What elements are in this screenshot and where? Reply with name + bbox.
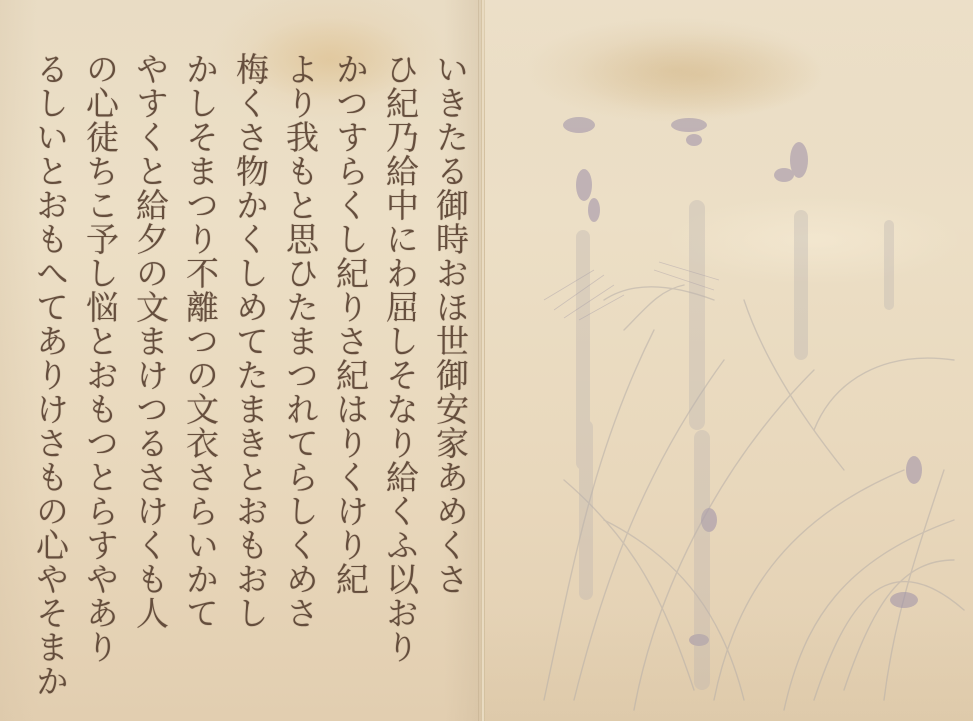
- text-column-9: るしいとおもへてありけさもの心やそまか: [30, 52, 70, 702]
- text-column-1: いきたる御時おほ世御安家あめくさ: [430, 52, 470, 702]
- text-column-2: ひ紀乃給中にわ屈しそなり給くふ以おり: [380, 52, 420, 702]
- grass-flower-painting: [484, 0, 973, 721]
- text-column-6: かしそまつり不離つの文衣さらいかて: [180, 52, 220, 702]
- text-column-7: やすくと給夕の文まけつるさけくも人: [130, 52, 170, 702]
- text-column-4: より我もと思ひたまつれてらしくめさ: [280, 52, 320, 702]
- left-page-text: いきたる御時おほ世御安家あめくさ ひ紀乃給中にわ屈しそなり給くふ以おり かつすら…: [0, 0, 482, 721]
- page-edge-line: [478, 0, 479, 721]
- text-columns: いきたる御時おほ世御安家あめくさ ひ紀乃給中にわ屈しそなり給くふ以おり かつすら…: [30, 52, 470, 702]
- text-column-3: かつすらくし紀りさ紀はりくけり紀: [330, 52, 370, 702]
- text-column-5: 梅くさ物かくしめてたまきとおもおし: [230, 52, 270, 702]
- text-column-8: の心徒ちこ予し悩とおもつとらすやあり: [80, 52, 120, 702]
- manuscript-spread: いきたる御時おほ世御安家あめくさ ひ紀乃給中にわ屈しそなり給くふ以おり かつすら…: [0, 0, 973, 721]
- right-page-illustration: [484, 0, 973, 721]
